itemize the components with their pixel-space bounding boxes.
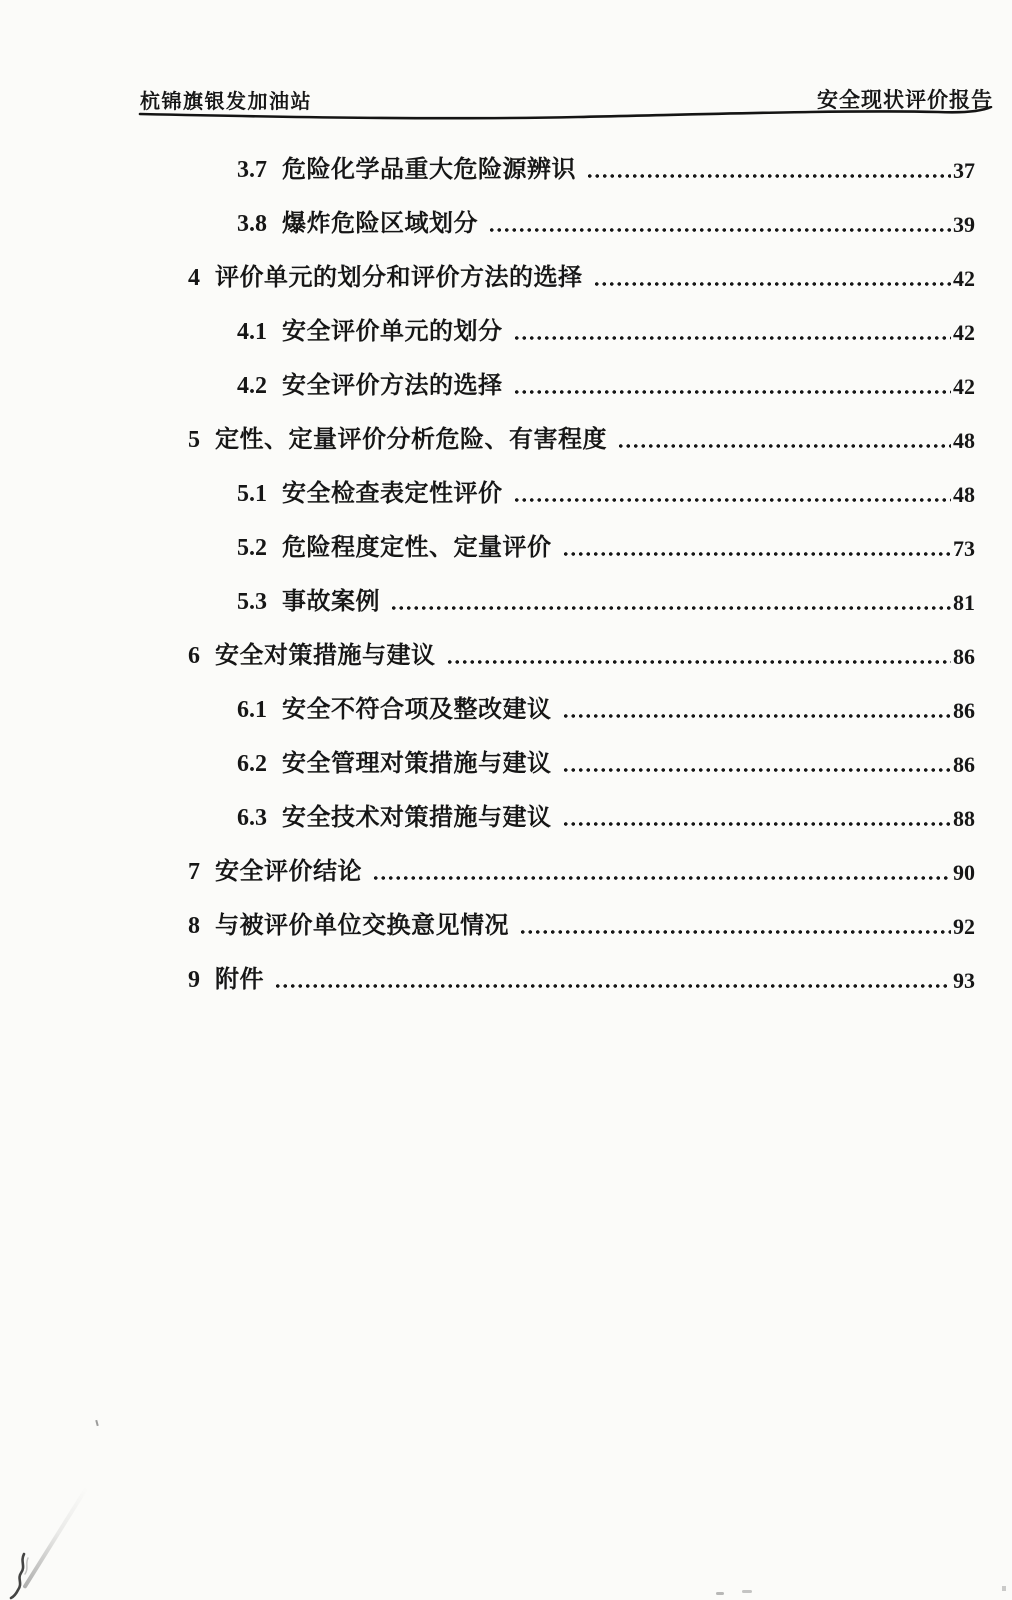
dot-leader bbox=[519, 929, 951, 935]
scan-artifact-speck bbox=[1002, 1586, 1006, 1591]
scan-artifact-speck bbox=[95, 1420, 98, 1426]
toc-entry-page: 48 bbox=[953, 428, 975, 454]
toc-entry-number: 3.8 bbox=[237, 210, 267, 238]
toc-entry-number: 5 bbox=[188, 426, 200, 454]
toc-entry: 6 安全对策措施与建议 86 bbox=[0, 642, 1012, 670]
toc-entry: 4.1 安全评价单元的划分 42 bbox=[0, 318, 1012, 346]
toc-entry-title: 安全不符合项及整改建议 bbox=[282, 696, 552, 724]
toc-entry: 3.8 爆炸危险区域划分 39 bbox=[0, 210, 1012, 238]
dot-leader bbox=[513, 335, 952, 341]
toc-entry-page: 86 bbox=[953, 698, 975, 724]
toc-entry: 5 定性、定量评价分析危险、有害程度 48 bbox=[0, 426, 1012, 454]
toc-entry: 4.2 安全评价方法的选择 42 bbox=[0, 372, 1012, 400]
toc-entry: 7 安全评价结论 90 bbox=[0, 858, 1012, 886]
toc-entry-title: 安全评价单元的划分 bbox=[282, 318, 503, 346]
toc-entry-title: 与被评价单位交换意见情况 bbox=[215, 912, 509, 940]
toc-entry-number: 9 bbox=[188, 966, 200, 994]
toc-entry: 9 附件 93 bbox=[0, 966, 1012, 994]
scan-artifact-speck bbox=[716, 1592, 724, 1595]
dot-leader bbox=[562, 767, 952, 773]
toc-entry: 6.1 安全不符合项及整改建议 86 bbox=[0, 696, 1012, 724]
toc-entry-title: 危险化学品重大危险源辨识 bbox=[282, 156, 576, 184]
toc-entry-title: 危险程度定性、定量评价 bbox=[282, 534, 552, 562]
toc-entry-number: 6.3 bbox=[237, 804, 267, 832]
toc-entry: 3.7 危险化学品重大危险源辨识 37 bbox=[0, 156, 1012, 184]
toc-entry-number: 5.2 bbox=[237, 534, 267, 562]
toc-entry-page: 42 bbox=[953, 374, 975, 400]
scan-artifact-squiggle bbox=[8, 1552, 42, 1600]
toc-entry-number: 3.7 bbox=[237, 156, 267, 184]
toc-entry-title: 事故案例 bbox=[282, 588, 380, 616]
header-rule bbox=[138, 106, 994, 124]
toc-entry: 6.3 安全技术对策措施与建议 88 bbox=[0, 804, 1012, 832]
toc-entry-number: 4 bbox=[188, 264, 200, 292]
toc-entry-number: 4.2 bbox=[237, 372, 267, 400]
document-page: 杭锦旗银发加油站 安全现状评价报告 3.7 危险化学品重大危险源辨识 37 3.… bbox=[0, 0, 1012, 1600]
toc-entry-title: 安全对策措施与建议 bbox=[215, 642, 436, 670]
table-of-contents: 3.7 危险化学品重大危险源辨识 37 3.8 爆炸危险区域划分 39 4 评价… bbox=[0, 156, 1012, 1020]
dot-leader bbox=[562, 821, 952, 827]
toc-entry-title: 安全检查表定性评价 bbox=[282, 480, 503, 508]
toc-entry-page: 42 bbox=[953, 320, 975, 346]
toc-entry-number: 4.1 bbox=[237, 318, 267, 346]
toc-entry: 5.2 危险程度定性、定量评价 73 bbox=[0, 534, 1012, 562]
toc-entry-page: 90 bbox=[953, 860, 975, 886]
dot-leader bbox=[562, 551, 952, 557]
dot-leader bbox=[593, 281, 952, 287]
dot-leader bbox=[562, 713, 952, 719]
toc-entry-title: 评价单元的划分和评价方法的选择 bbox=[215, 264, 583, 292]
dot-leader bbox=[513, 497, 952, 503]
scan-artifact-streak bbox=[22, 1487, 88, 1589]
toc-entry: 6.2 安全管理对策措施与建议 86 bbox=[0, 750, 1012, 778]
toc-entry-page: 37 bbox=[953, 158, 975, 184]
toc-entry-page: 39 bbox=[953, 212, 975, 238]
toc-entry-title: 定性、定量评价分析危险、有害程度 bbox=[215, 426, 607, 454]
dot-leader bbox=[488, 227, 951, 233]
toc-entry-title: 爆炸危险区域划分 bbox=[282, 210, 478, 238]
toc-entry: 4 评价单元的划分和评价方法的选择 42 bbox=[0, 264, 1012, 292]
toc-entry-number: 6 bbox=[188, 642, 200, 670]
toc-entry: 5.3 事故案例 81 bbox=[0, 588, 1012, 616]
toc-entry-page: 48 bbox=[953, 482, 975, 508]
toc-entry-number: 8 bbox=[188, 912, 200, 940]
toc-entry-page: 86 bbox=[953, 644, 975, 670]
toc-entry-number: 6.2 bbox=[237, 750, 267, 778]
toc-entry-title: 安全评价结论 bbox=[215, 858, 362, 886]
toc-entry-title: 安全技术对策措施与建议 bbox=[282, 804, 552, 832]
toc-entry-number: 5.1 bbox=[237, 480, 267, 508]
dot-leader bbox=[617, 443, 951, 449]
toc-entry-title: 安全评价方法的选择 bbox=[282, 372, 503, 400]
toc-entry-number: 6.1 bbox=[237, 696, 267, 724]
scan-artifact-speck bbox=[742, 1590, 752, 1593]
toc-entry-number: 7 bbox=[188, 858, 200, 886]
toc-entry-page: 88 bbox=[953, 806, 975, 832]
toc-entry-page: 42 bbox=[953, 266, 975, 292]
dot-leader bbox=[372, 875, 951, 881]
toc-entry-page: 92 bbox=[953, 914, 975, 940]
dot-leader bbox=[446, 659, 952, 665]
toc-entry-number: 5.3 bbox=[237, 588, 267, 616]
dot-leader bbox=[586, 173, 951, 179]
toc-entry-title: 安全管理对策措施与建议 bbox=[282, 750, 552, 778]
dot-leader bbox=[274, 983, 951, 989]
toc-entry-title: 附件 bbox=[215, 966, 264, 994]
toc-entry-page: 73 bbox=[953, 536, 975, 562]
toc-entry-page: 86 bbox=[953, 752, 975, 778]
toc-entry-page: 81 bbox=[953, 590, 975, 616]
toc-entry: 8 与被评价单位交换意见情况 92 bbox=[0, 912, 1012, 940]
dot-leader bbox=[390, 605, 951, 611]
dot-leader bbox=[513, 389, 952, 395]
toc-entry-page: 93 bbox=[953, 968, 975, 994]
toc-entry: 5.1 安全检查表定性评价 48 bbox=[0, 480, 1012, 508]
